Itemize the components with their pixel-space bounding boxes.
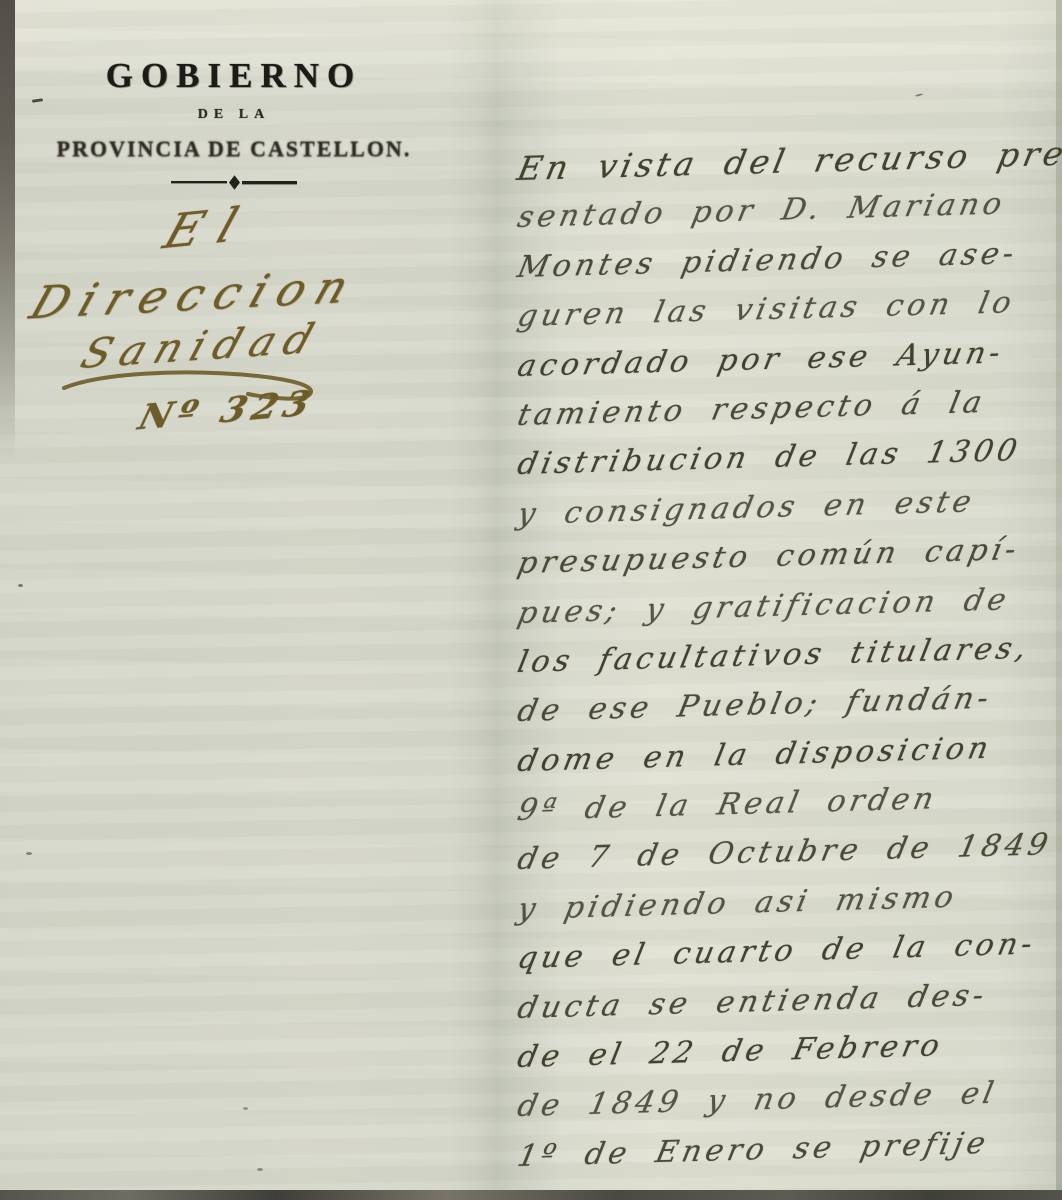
paper-speck	[26, 852, 32, 855]
divider-ornament-icon	[229, 175, 240, 190]
scan-edge-left	[0, 0, 15, 460]
letterhead-province: PROVINCIA DE CASTELLON.	[28, 136, 440, 162]
letterhead-divider	[171, 176, 297, 188]
scan-edge-top	[0, 0, 1062, 4]
paper-speck	[257, 1168, 263, 1171]
scan-edge-bottom	[0, 1190, 1062, 1200]
divider-line-left	[171, 181, 227, 183]
letterhead: GOBIERNO DE LA PROVINCIA DE CASTELLON.	[28, 56, 440, 188]
manuscript-body: En vista del recurso pre- sentado por D.…	[514, 144, 1062, 1190]
divider-line-right	[242, 181, 298, 184]
paper-speck	[18, 584, 23, 587]
paper-speck	[243, 1107, 248, 1110]
letterhead-subtitle: DE LA	[28, 107, 440, 123]
letterhead-title: GOBIERNO	[28, 56, 440, 96]
